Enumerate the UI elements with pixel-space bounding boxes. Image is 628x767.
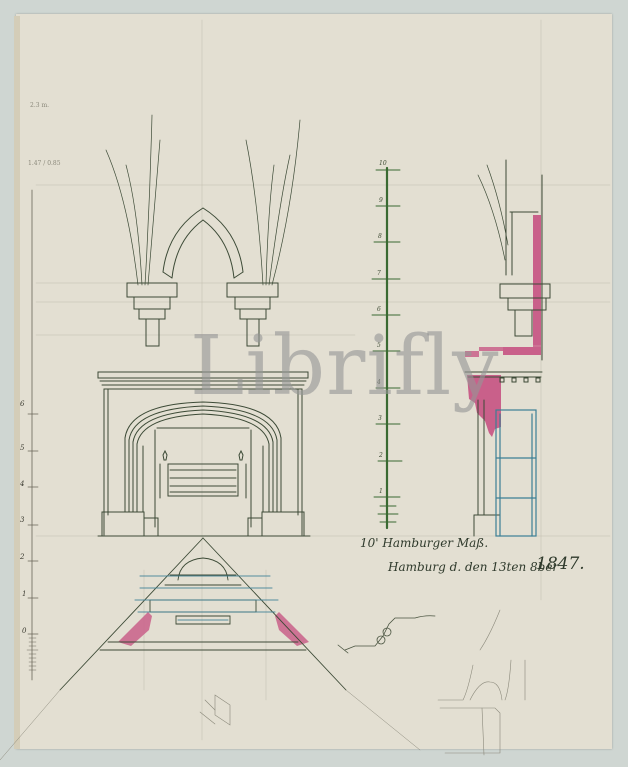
vertical-scale-label: 10 — [379, 160, 387, 167]
left-scale-label: 5 — [20, 444, 24, 452]
vertical-scale-label: 9 — [379, 197, 383, 204]
molding-details — [338, 616, 435, 653]
year-inscription: 1847. — [536, 554, 585, 574]
pencil-note: 2.3 m. — [30, 102, 49, 109]
vertical-scale-label: 7 — [377, 270, 381, 277]
left-scale-label: 1 — [22, 590, 26, 598]
architectural-drawing — [0, 0, 628, 767]
vertical-scale-label: 1 — [379, 488, 383, 495]
vertical-scale-label: 8 — [378, 233, 382, 240]
vault-springers-elevation — [106, 115, 300, 346]
place-date-inscription: Hamburg d. den 13ten 8ber — [388, 560, 558, 574]
left-scale-label: 6 — [20, 400, 24, 408]
left-scale-label: 0 — [22, 627, 26, 635]
vertical-scale-label: 3 — [378, 415, 382, 422]
fireplace-front-elevation — [98, 372, 310, 536]
pencil-note: 1.47 / 0.85 — [28, 160, 61, 167]
vertical-scale-label: 4 — [377, 379, 381, 386]
vertical-scale-label: 2 — [379, 452, 383, 459]
left-scale — [27, 190, 38, 680]
left-scale-label: 2 — [20, 553, 24, 561]
fireplace-section — [465, 160, 550, 536]
pencil-column-detail — [200, 610, 525, 755]
vertical-scale-label: 6 — [377, 306, 381, 313]
fireplace-plan — [0, 538, 420, 760]
vertical-scale-label: 5 — [377, 342, 381, 349]
scale-note-inscription: 10' Hamburger Maß. — [360, 536, 488, 550]
left-scale-label: 4 — [20, 480, 24, 488]
left-scale-label: 3 — [20, 516, 24, 524]
